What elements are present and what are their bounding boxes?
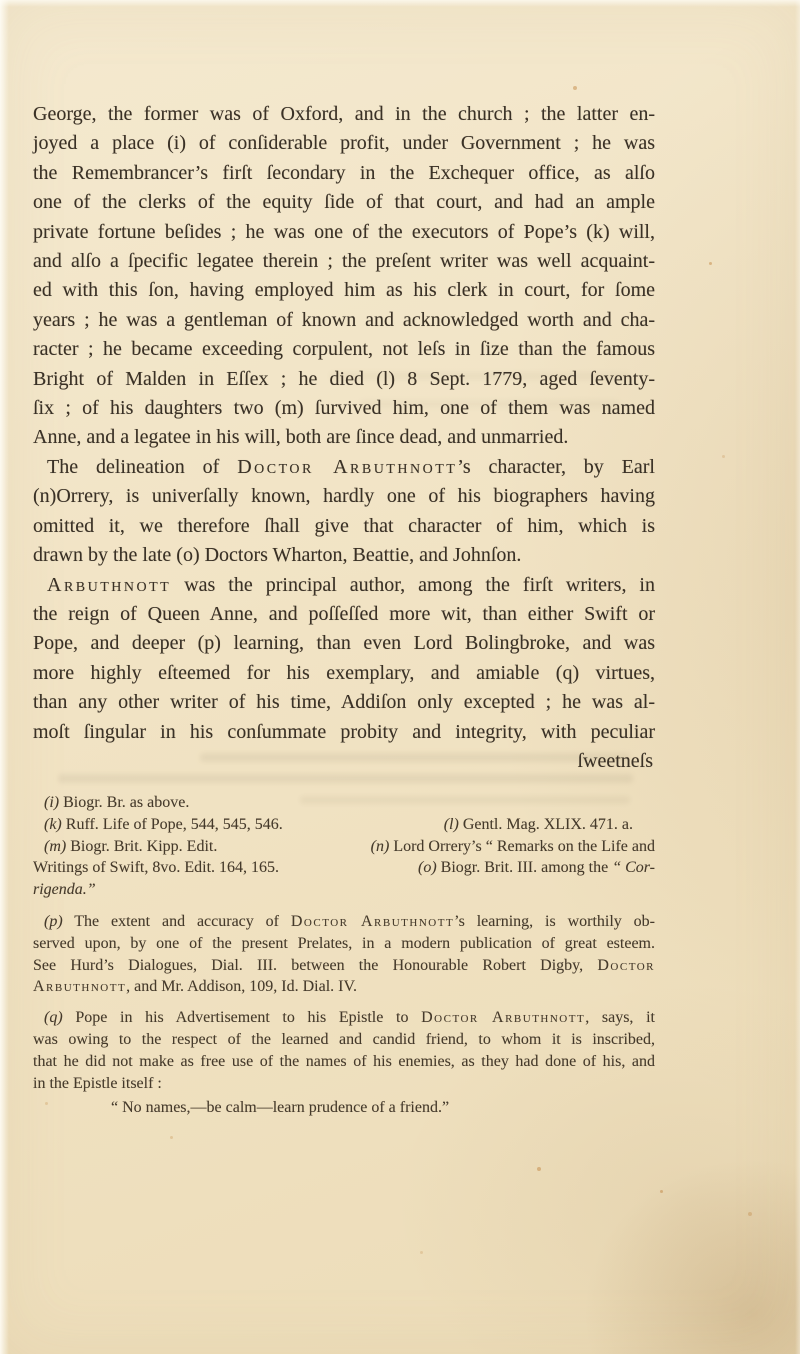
footnote-text: The extent and accuracy of (63, 913, 291, 930)
text-line: The delineation of Doctor Arbuthnott’s c… (33, 453, 655, 482)
paragraph-1: George, the former was of Oxford, and in… (33, 100, 655, 453)
footnote-m-n: (m) Biogr. Brit. Kipp. Edit. (n) Lord Or… (33, 836, 655, 858)
text-line: joyed a place (i) of conſiderable profit… (33, 129, 655, 158)
catchword: ſweetneſs (33, 747, 655, 776)
footnote-text: See Hurd’s Dialogues, Dial. III. between… (33, 957, 597, 974)
footnote-marker: (l) (444, 816, 459, 833)
footnote-l: (l) Gentl. Mag. XLIX. 471. a. (444, 814, 633, 836)
footnote-marker: (p) (44, 913, 63, 930)
footnote-line: (q) Pope in his Advertisement to his Epi… (33, 1007, 655, 1029)
small-caps-name: Doctor Arbuthnott (291, 913, 454, 930)
footnote-o: (o) Biogr. Brit. III. among the “ Cor- (418, 857, 655, 879)
footnote-i: (i) Biogr. Br. as above. (33, 792, 655, 814)
paragraph-2: The delineation of Doctor Arbuthnott’s c… (33, 453, 655, 571)
footnote-quote: “ No names,—be calm—learn prudence of a … (33, 1097, 655, 1119)
footnote-n-continuation: Writings of Swift, 8vo. Edit. 164, 165. (33, 857, 279, 879)
book-page: George, the former was of Oxford, and in… (0, 0, 800, 1354)
footnote-line: (p) The extent and accuracy of Doctor Ar… (33, 911, 655, 933)
footnote-text-italic: “ Cor- (612, 859, 655, 876)
footnote-marker: (k) (44, 816, 62, 833)
text-line: more highly eſteemed for his exemplary, … (33, 659, 655, 688)
small-caps-name: Arbuthnott (47, 574, 171, 596)
text-segment: ’s character, by Earl (457, 456, 655, 478)
footnote-line: served upon, by one of the present Prela… (33, 933, 655, 955)
footnote-text: , and Mr. Addison, 109, Id. Dial. IV. (126, 978, 357, 995)
text-line: Pope, and deeper (p) learning, than even… (33, 629, 655, 658)
small-caps-name: Doctor (597, 957, 655, 974)
footnote-text: Pope in his Advertisement to his Epistle… (63, 1009, 421, 1026)
text-line: Arbuthnott was the principal author, amo… (33, 571, 655, 600)
text-line: the Remembrancer’s firſt ſecondary in th… (33, 159, 655, 188)
foxing-speck (537, 1167, 541, 1171)
text-line: moſt ſingular in his conſummate probity … (33, 718, 655, 747)
main-text: George, the former was of Oxford, and in… (33, 100, 655, 776)
text-line: drawn by the late (o) Doctors Wharton, B… (33, 541, 655, 570)
foxing-speck (709, 262, 712, 265)
small-caps-name: Doctor Arbuthnott (421, 1009, 585, 1026)
text-segment: was the principal author, among the firſ… (171, 574, 655, 596)
footnote-text: Gentl. Mag. XLIX. 471. a. (459, 816, 633, 833)
text-line: years ; he was a gentleman of known and … (33, 306, 655, 335)
scan-edge-left (0, 0, 9, 1354)
text-line: George, the former was of Oxford, and in… (33, 100, 655, 129)
text-line: the reign of Queen Anne, and poſſeſſed m… (33, 600, 655, 629)
footnote-text: ’s learning, is worthily ob- (454, 913, 655, 930)
footnote-marker: (o) (418, 859, 437, 876)
foxing-speck (170, 1136, 173, 1139)
text-line: ſix ; of his daughters two (m) ſurvived … (33, 394, 655, 423)
text-line: one of the clerks of the equity ſide of … (33, 188, 655, 217)
text-line: omitted it, we therefore ſhall give that… (33, 512, 655, 541)
footnote-line: See Hurd’s Dialogues, Dial. III. between… (33, 955, 655, 977)
footnote-o-continuation: rigenda.” (33, 879, 655, 901)
text-line: Anne, and a legatee in his will, both ar… (33, 423, 655, 452)
footnote-text: Biogr. Br. as above. (59, 794, 189, 811)
text-line: Bright of Malden in Eſſex ; he died (l) … (33, 365, 655, 394)
footnote-k: (k) Ruff. Life of Pope, 544, 545, 546. (33, 814, 283, 836)
footnote-line: that he did not make as free use of the … (33, 1051, 655, 1073)
foxing-speck (722, 455, 725, 458)
footnote-q: (q) Pope in his Advertisement to his Epi… (33, 1007, 655, 1119)
foxing-speck (573, 86, 577, 90)
footnote-text: Lord Orrery’s “ Remarks on the Life and (389, 838, 655, 855)
text-segment: The delineation of (47, 456, 237, 478)
scan-edge-top (0, 0, 800, 7)
small-caps-name: Doctor Arbuthnott (237, 456, 457, 478)
text-line: and alſo a ſpecific legatee therein ; th… (33, 247, 655, 276)
text-line: private fortune beſides ; he was one of … (33, 218, 655, 247)
foxing-speck (420, 1251, 423, 1254)
footnote-marker: (q) (44, 1009, 63, 1026)
footnote-m: (m) Biogr. Brit. Kipp. Edit. (33, 836, 217, 858)
text-line: ed with this ſon, having employed him as… (33, 276, 655, 305)
small-caps-name: Arbuthnott (33, 978, 126, 995)
text-line: than any other writer of his time, Addiſ… (33, 688, 655, 717)
footnote-marker: (i) (44, 794, 59, 811)
footnote-line: Arbuthnott, and Mr. Addison, 109, Id. Di… (33, 976, 655, 998)
foxing-speck (660, 1190, 663, 1193)
paragraph-3: Arbuthnott was the principal author, amo… (33, 571, 655, 747)
foxing-speck (748, 1212, 752, 1216)
scan-edge-right (795, 0, 800, 1354)
footnote-n-o: Writings of Swift, 8vo. Edit. 164, 165. … (33, 857, 655, 879)
footnote-text: Ruff. Life of Pope, 544, 545, 546. (62, 816, 283, 833)
footnote-line: was owing to the respect of the learned … (33, 1029, 655, 1051)
footnote-line: in the Epistle itself : (33, 1073, 655, 1095)
text-line: racter ; he became exceeding corpulent, … (33, 335, 655, 364)
footnotes: (i) Biogr. Br. as above. (k) Ruff. Life … (33, 792, 655, 1119)
footnote-text: , says, it (585, 1009, 655, 1026)
footnote-text: Biogr. Brit. III. among the (437, 859, 613, 876)
footnote-p: (p) The extent and accuracy of Doctor Ar… (33, 911, 655, 998)
footnote-n: (n) Lord Orrery’s “ Remarks on the Life … (371, 836, 655, 858)
footnote-k-l: (k) Ruff. Life of Pope, 544, 545, 546. (… (33, 814, 655, 836)
footnote-marker: (m) (44, 838, 66, 855)
footnote-marker: (n) (371, 838, 390, 855)
footnote-text: Biogr. Brit. Kipp. Edit. (66, 838, 217, 855)
text-line: (n)Orrery, is univerſally known, hardly … (33, 482, 655, 511)
